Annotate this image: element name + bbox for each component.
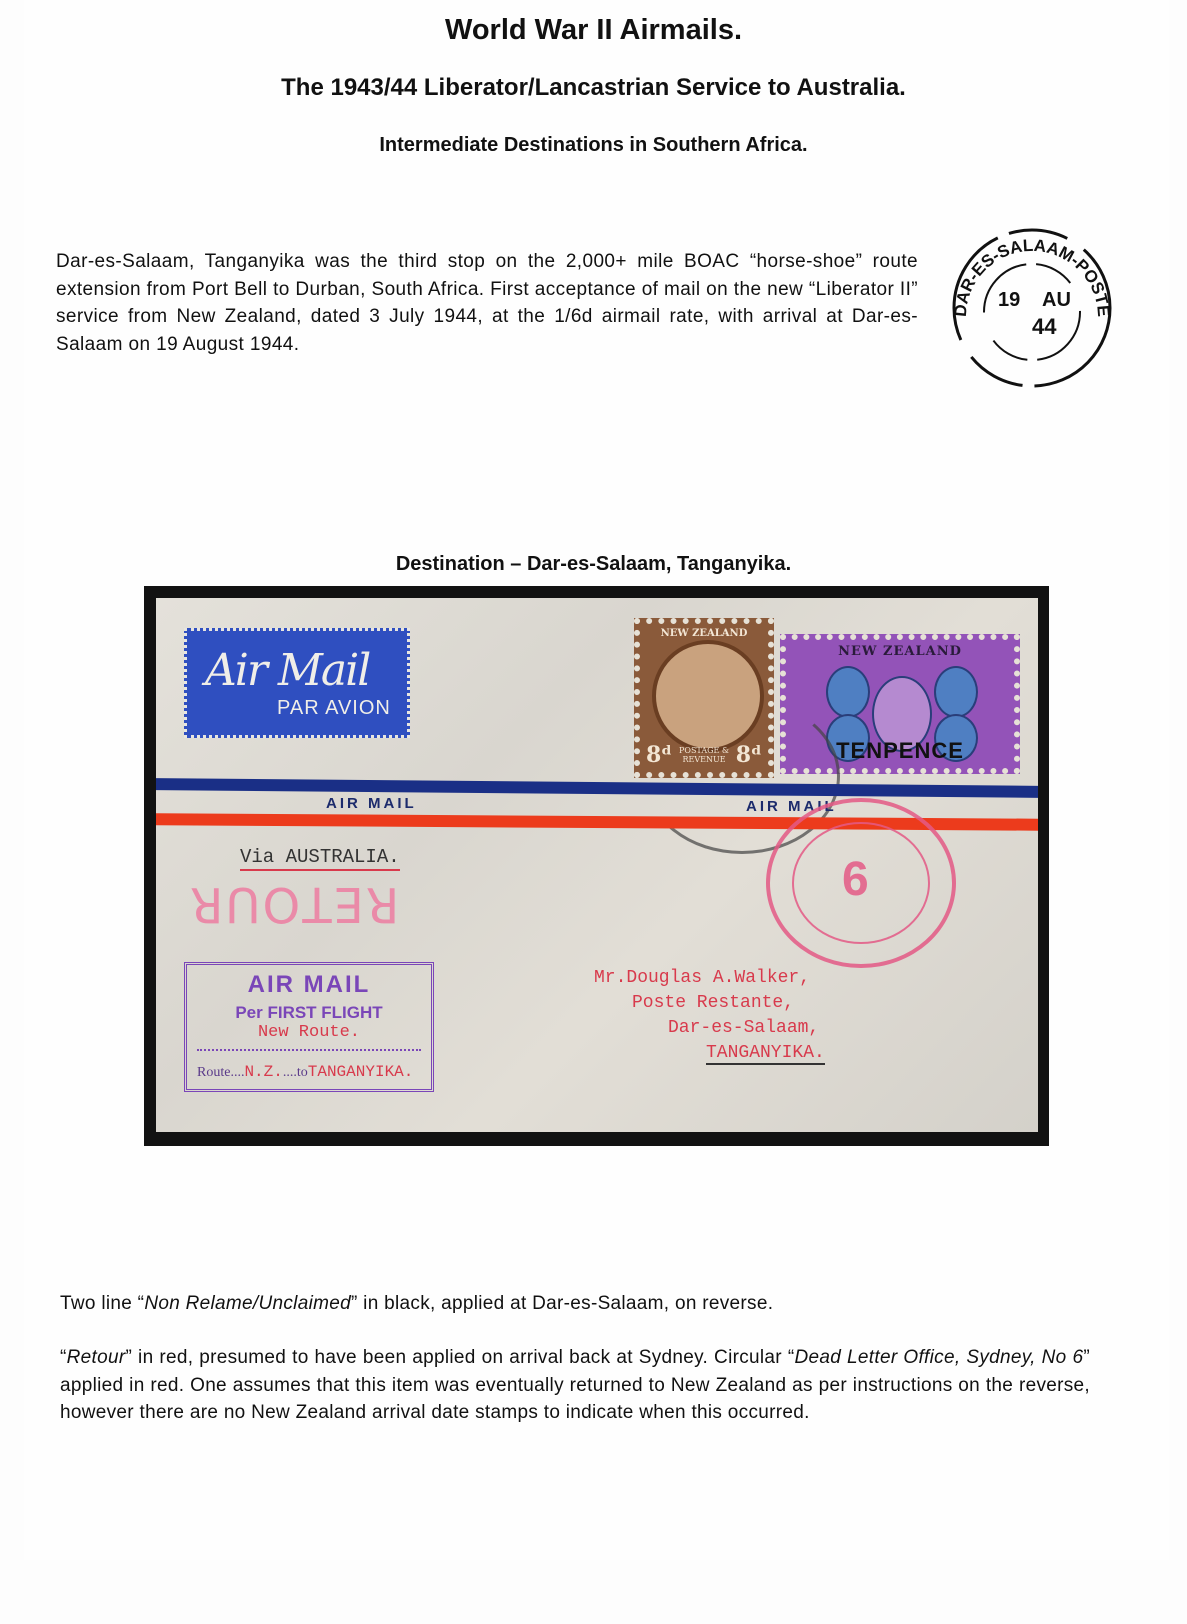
section-heading: Intermediate Destinations in Southern Af…	[0, 134, 1187, 157]
first-flight-cachet: AIR MAIL Per FIRST FLIGHT New Route. Rou…	[184, 962, 434, 1092]
air-mail-script: Air Mail	[205, 645, 369, 696]
air-mail-stripe-text: AIR MAIL	[326, 795, 417, 812]
via-australia-text: Via AUSTRALIA.	[240, 846, 400, 871]
address-line: TANGANYIKA.	[594, 1041, 825, 1066]
page-title: World War II Airmails.	[0, 14, 1187, 47]
svg-text:DAR-ES-SALAAM-POSTE RESTANTE: DAR-ES-SALAAM-POSTE RESTANTE	[946, 222, 1113, 317]
postmark-ring-text: DAR-ES-SALAAM-POSTE RESTANTE	[946, 222, 1113, 317]
address-line: Poste Restante,	[594, 991, 825, 1016]
blue-airmail-stripe	[156, 778, 1038, 798]
dead-letter-number: 6	[842, 852, 869, 907]
cachet-route-line: Route....N.Z.....toTANGANYIKA.	[197, 1063, 413, 1081]
stamp-country: NEW ZEALAND	[786, 644, 1014, 659]
intro-paragraph: Dar-es-Salaam, Tanganyika was the third …	[56, 248, 918, 358]
cover-image-frame: Air Mail PAR AVION NEW ZEALAND 8ᵈ POSTAG…	[144, 586, 1049, 1146]
portrait-medallion	[934, 666, 978, 718]
air-mail-label: Air Mail PAR AVION	[184, 628, 410, 738]
note-retour-dead-letter: “Retour” in red, presumed to have been a…	[60, 1344, 1090, 1427]
envelope: Air Mail PAR AVION NEW ZEALAND 8ᵈ POSTAG…	[156, 598, 1038, 1132]
portrait-medallion	[826, 666, 870, 718]
stamp-country: NEW ZEALAND	[640, 628, 768, 639]
postmark-day: 19	[998, 289, 1020, 311]
par-avion-text: PAR AVION	[277, 697, 391, 720]
cover-caption: Destination – Dar-es-Salaam, Tanganyika.	[0, 553, 1187, 576]
recipient-address: Mr.Douglas A.Walker, Poste Restante, Dar…	[594, 966, 825, 1066]
address-line: Mr.Douglas A.Walker,	[594, 966, 825, 991]
address-line: Dar-es-Salaam,	[594, 1016, 825, 1041]
postmark-month: AU	[1042, 289, 1071, 311]
dead-letter-office-handstamp: 6	[766, 798, 956, 968]
postmark-illustration: DAR-ES-SALAAM-POSTE RESTANTE 19 AU 44	[946, 222, 1116, 392]
cachet-first-flight: Per FIRST FLIGHT	[187, 1003, 431, 1023]
page-subtitle: The 1943/44 Liberator/Lancastrian Servic…	[0, 74, 1187, 102]
cachet-air-mail: AIR MAIL	[187, 971, 431, 999]
retour-handstamp: RETOUR	[188, 876, 399, 932]
postmark-year: 44	[1032, 314, 1057, 339]
cachet-new-route: New Route.	[187, 1023, 431, 1042]
note-reverse-markings: Two line “Non Relame/Unclaimed” in black…	[60, 1290, 1090, 1318]
